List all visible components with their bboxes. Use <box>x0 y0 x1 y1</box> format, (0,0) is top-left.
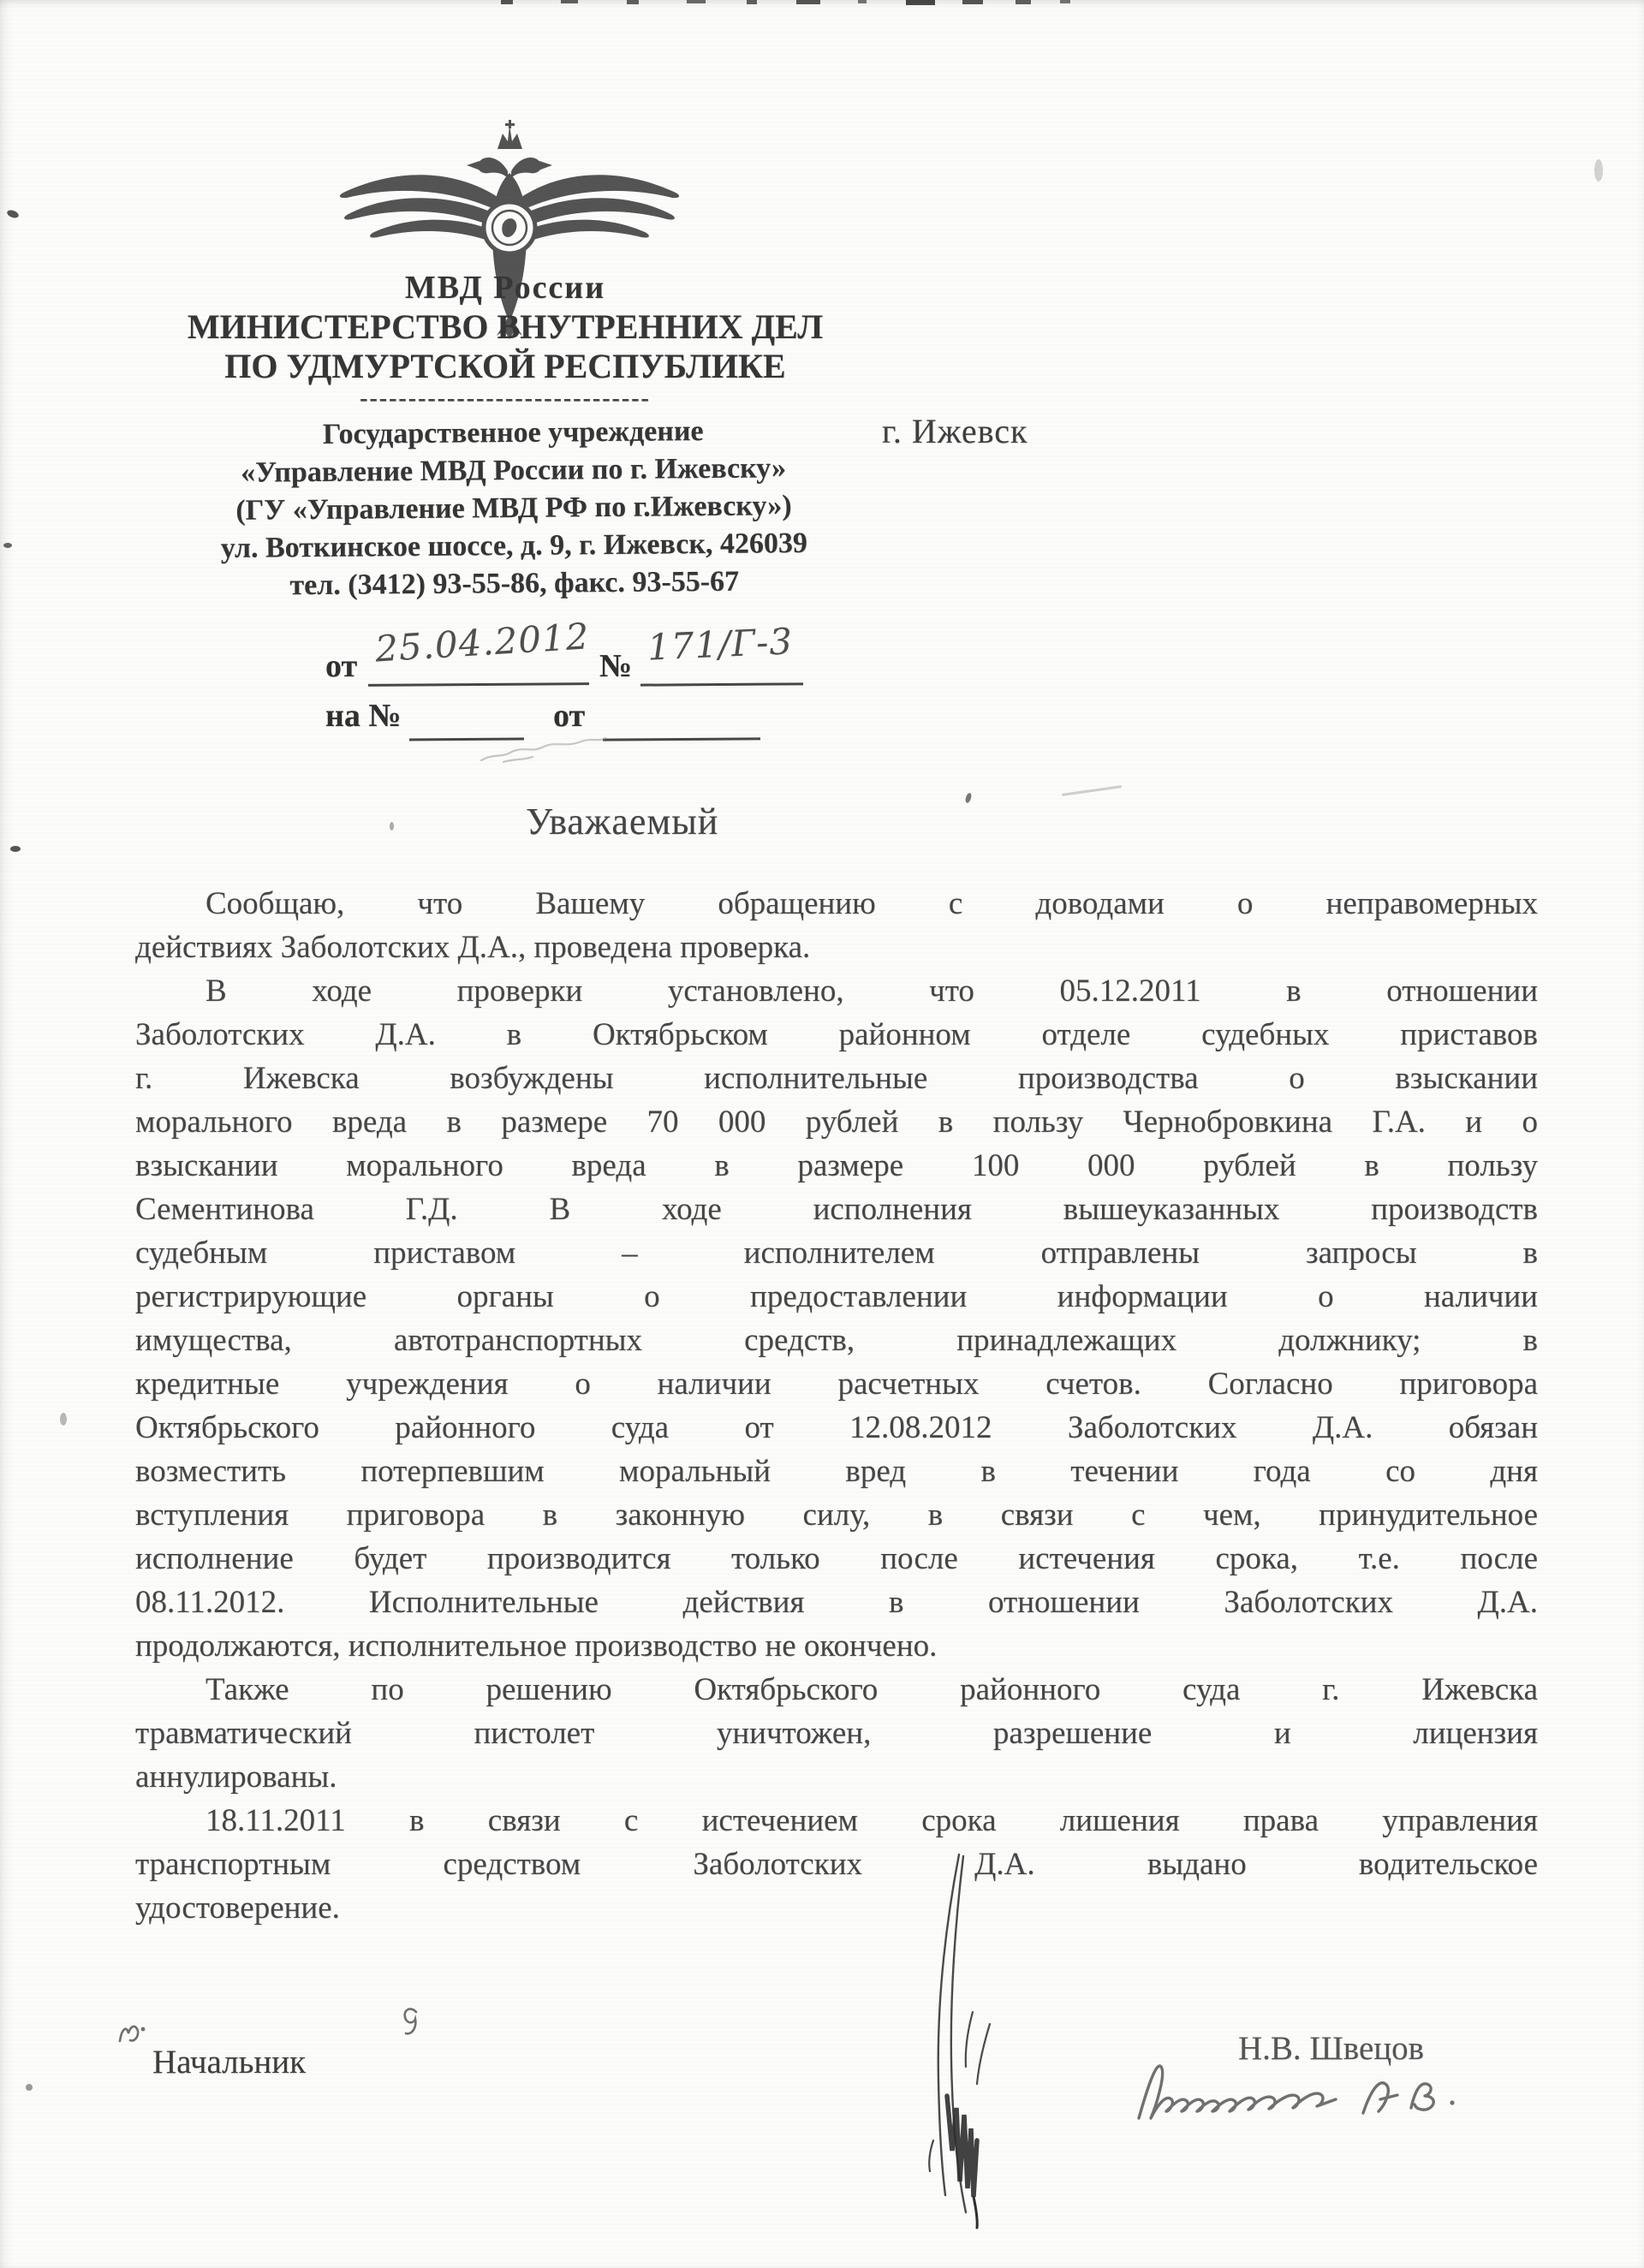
handwritten-signature <box>1139 2066 1455 2118</box>
pen-stroke-mark <box>929 1854 990 2228</box>
pencil-scribble <box>481 738 605 762</box>
handwritten-marks <box>120 2009 416 2041</box>
scanned-letter-page: МВД России МИНИСТЕРСТВО ВНУТРЕННИХ ДЕЛ П… <box>0 0 1644 2268</box>
handwritten-ink-overlay <box>0 0 1644 2268</box>
